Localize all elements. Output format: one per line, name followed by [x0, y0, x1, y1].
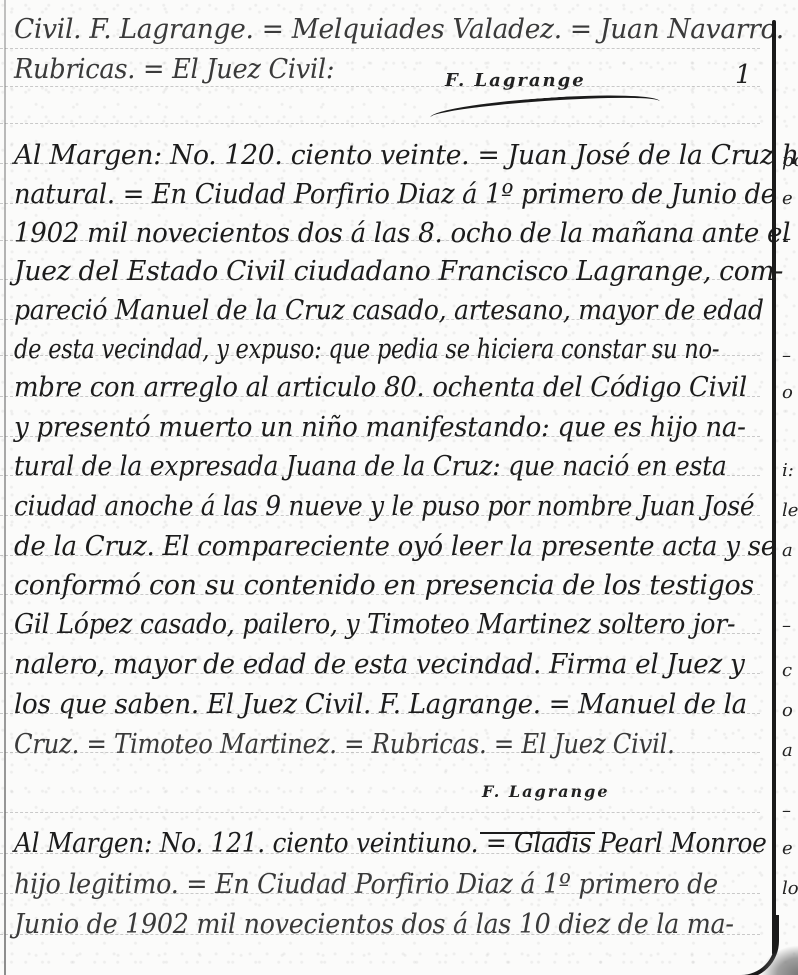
margin-note: – [782, 800, 791, 821]
ruled-line [0, 48, 760, 49]
margin-note: o [782, 382, 793, 403]
margin-note: i: [782, 460, 794, 481]
text-line: Cruz. = Timoteo Martinez. = Rubricas. = … [14, 729, 675, 760]
text-line: Civil. F. Lagrange. = Melquiades Valadez… [14, 14, 784, 45]
margin-note: – [782, 615, 791, 636]
text-line: ciudad anoche á las 9 nueve y le puso po… [14, 491, 754, 522]
margin-note: – [782, 345, 791, 366]
text-line: y presentó muerto un niño manifestando: … [14, 412, 746, 443]
margin-note: o [782, 700, 793, 721]
strikethrough-mark [480, 832, 595, 834]
margin-note: lo [782, 878, 798, 899]
text-line: pareció Manuel de la Cruz casado, artesa… [14, 295, 764, 326]
page-left-edge [4, 0, 6, 975]
text-line: Junio de 1902 mil novecientos dos á las … [14, 909, 734, 940]
ruled-line [0, 812, 760, 813]
text-line: conformó con su contenido en presencia d… [14, 570, 754, 601]
margin-note: po [782, 150, 798, 171]
text-line: de la Cruz. El compareciente oyó leer la… [14, 531, 776, 562]
text-line: Al Margen: No. 120. ciento veinte. = Jua… [14, 140, 798, 171]
text-line: tural de la expresada Juana de la Cruz: … [14, 451, 727, 482]
ruled-line [0, 123, 760, 124]
text-line: Al Margen: No. 121. ciento veintiuno. = … [14, 828, 767, 859]
margin-note: c [782, 660, 792, 681]
margin-rule [772, 20, 776, 955]
page-corner-shadow [760, 945, 798, 975]
text-line: mbre con arreglo al articulo 80. ochenta… [14, 372, 747, 403]
scanned-page: Civil. F. Lagrange. = Melquiades Valadez… [0, 0, 798, 975]
margin-note: e [782, 838, 793, 859]
text-line: hijo legitimo. = En Ciudad Porfirio Diaz… [14, 869, 718, 900]
ruled-line [0, 86, 760, 87]
text-line: Rubricas. = El Juez Civil: [14, 54, 334, 85]
page-marker: 1 [735, 60, 752, 90]
text-line: natural. = En Ciudad Porfirio Diaz á 1º … [14, 179, 776, 210]
margin-note: a [782, 740, 793, 761]
margin-note: le [782, 500, 798, 521]
margin-note: a [782, 540, 793, 561]
text-line: nalero, mayor de edad de esta vecindad. … [14, 649, 745, 680]
margin-note: e [782, 188, 793, 209]
text-line: de esta vecindad, y expuso: que pedia se… [14, 334, 719, 365]
judge-signature: F. Lagrange [482, 782, 610, 801]
text-line: 1902 mil novecientos dos á las 8. ocho d… [14, 218, 790, 249]
judge-signature: F. Lagrange [445, 70, 586, 91]
margin-note: – [782, 228, 791, 249]
text-line: Gil López casado, pailero, y Timoteo Mar… [14, 609, 735, 640]
text-line: los que saben. El Juez Civil. F. Lagrang… [14, 689, 747, 720]
text-line: Juez del Estado Civil ciudadano Francisc… [14, 256, 783, 287]
